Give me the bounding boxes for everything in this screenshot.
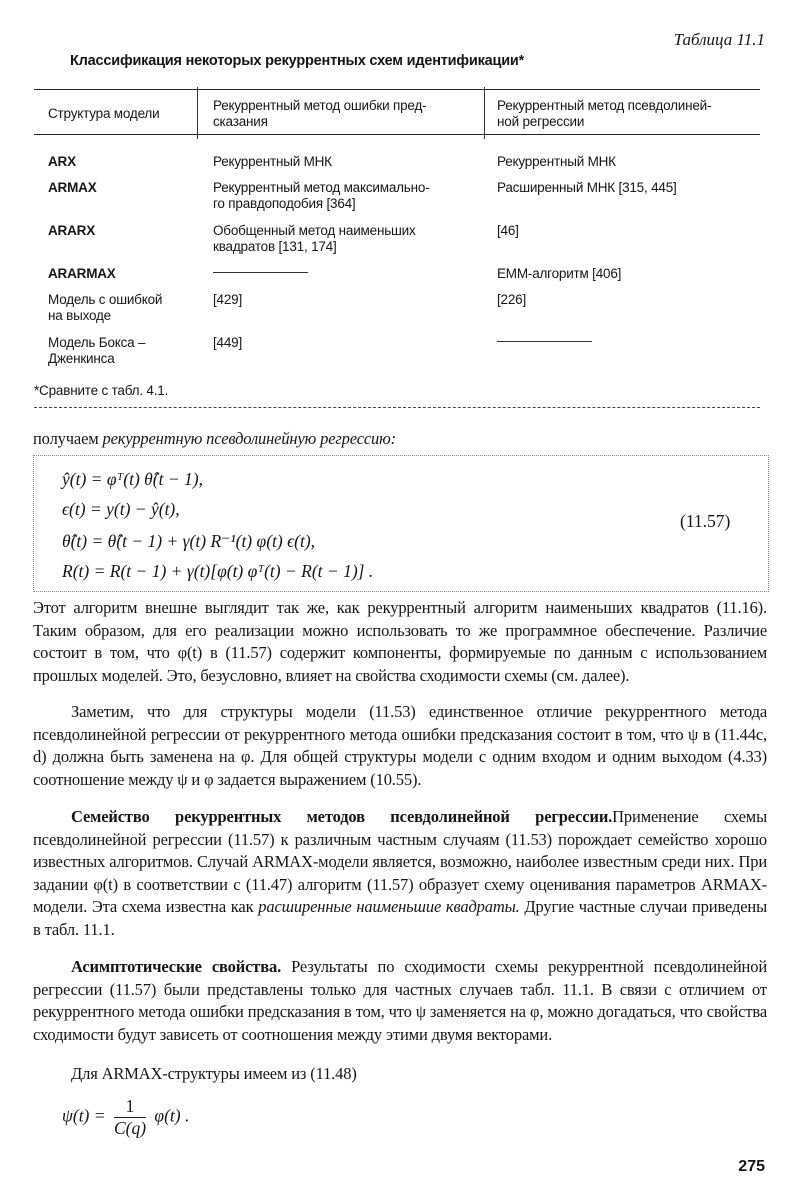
row-pem: Рекуррентный МНК: [213, 154, 332, 170]
paragraph: Этот алгоритм внешне выглядит так же, ка…: [33, 597, 767, 687]
paragraph: Для ARMAX-структуры имеем из (11.48): [33, 1063, 767, 1086]
intro-plain: получаем: [33, 429, 103, 448]
paragraph: Семейство рекуррентных методов псевдолин…: [33, 806, 767, 941]
row-structure: Модель Бокса – Дженкинса: [48, 335, 145, 367]
equation-lhs: ψ(t) =: [62, 1106, 106, 1126]
equation-number: (11.57): [680, 511, 730, 532]
equation-rhs: φ(t) .: [154, 1106, 189, 1126]
row-pem: Рекуррентный метод максимально- го правд…: [213, 180, 430, 212]
paragraph-heading: Асимптотические свойства.: [71, 957, 281, 976]
row-structure: ARX: [48, 154, 76, 170]
empty-cell-dash: [497, 341, 592, 342]
table-bottom-rule: [34, 407, 760, 408]
row-pem: Обобщенный метод наименьших квадратов [1…: [213, 223, 416, 255]
final-equation: ψ(t) = 1 C(q) φ(t) .: [62, 1096, 189, 1139]
paragraph-heading: Семейство рекуррентных методов псевдолин…: [71, 807, 612, 826]
equation-line: θ̂(t) = θ̂(t − 1) + γ(t) R⁻¹(t) φ(t) ϵ(t…: [62, 530, 315, 552]
intro-line: получаем рекуррентную псевдолинейную рег…: [33, 428, 767, 451]
header-structure: Структура модели: [48, 106, 159, 122]
table-header-rule: [34, 134, 760, 135]
table-top-rule: [34, 89, 760, 90]
column-separator: [484, 87, 485, 139]
row-structure: ARMAX: [48, 180, 97, 196]
table-footnote: *Сравните с табл. 4.1.: [34, 383, 168, 399]
row-pem: [449]: [213, 335, 242, 351]
paragraph-italic: расширенные наименьшие квадраты.: [258, 897, 519, 916]
fraction-numerator: 1: [114, 1096, 146, 1118]
row-structure: ARARMAX: [48, 266, 116, 282]
empty-cell-dash: [213, 272, 308, 273]
fraction: 1 C(q): [114, 1096, 146, 1139]
header-pem: Рекуррентный метод ошибки пред- сказания: [213, 98, 426, 130]
table-title: Классификация некоторых рекуррентных схе…: [70, 53, 524, 69]
row-plr: Расширенный МНК [315, 445]: [497, 180, 677, 196]
table-label: Таблица 11.1: [674, 30, 765, 50]
paragraph: Заметим, что для структуры модели (11.53…: [33, 701, 767, 791]
row-plr: EMM-алгоритм [406]: [497, 266, 621, 282]
equation-line: ϵ(t) = y(t) − ŷ(t),: [62, 498, 180, 520]
row-structure: Модель с ошибкой на выходе: [48, 292, 162, 324]
page-number: 275: [738, 1158, 765, 1176]
column-separator: [197, 87, 198, 139]
row-structure: ARARX: [48, 223, 95, 239]
row-plr: [46]: [497, 223, 519, 239]
equation-line: R(t) = R(t − 1) + γ(t)[φ(t) φᵀ(t) − R(t …: [62, 560, 373, 582]
intro-italic: рекуррентную псевдолинейную регрессию:: [103, 429, 396, 448]
header-plr: Рекуррентный метод псевдолиней- ной регр…: [497, 98, 711, 130]
row-plr: Рекуррентный МНК: [497, 154, 616, 170]
fraction-denominator: C(q): [114, 1118, 146, 1139]
equation-line: ŷ(t) = φᵀ(t) θ̂(t − 1),: [62, 468, 203, 490]
row-pem: [429]: [213, 292, 242, 308]
row-plr: [226]: [497, 292, 526, 308]
paragraph: Асимптотические свойства. Результаты по …: [33, 956, 767, 1046]
